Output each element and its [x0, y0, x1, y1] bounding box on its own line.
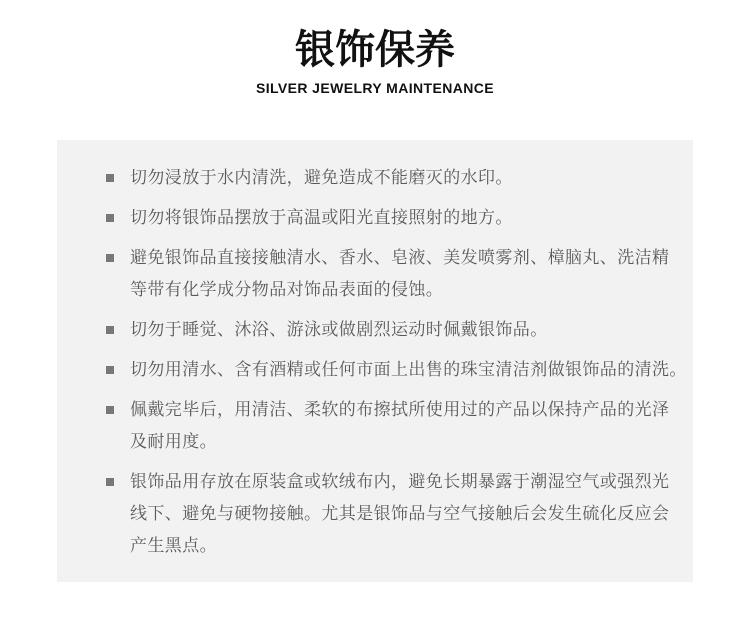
list-item: 佩戴完毕后，用清洁、柔软的布擦拭所使用过的产品以保持产品的光泽及耐用度。	[106, 394, 665, 458]
list-item-line: 及耐用度。	[130, 426, 669, 458]
square-bullet-icon	[106, 478, 114, 486]
list-item-line: 产生黑点。	[130, 530, 669, 562]
list-item-text: 避免银饰品直接接触清水、香水、皂液、美发喷雾剂、樟脑丸、洗洁精等带有化学成分物品…	[130, 242, 669, 306]
page: { "header": { "title": "银饰保养", "subtitle…	[0, 0, 750, 628]
square-bullet-icon	[106, 214, 114, 222]
maintenance-tips-panel: 切勿浸放于水内清洗，避免造成不能磨灭的水印。 切勿将银饰品摆放于高温或阳光直接照…	[57, 140, 693, 582]
square-bullet-icon	[106, 366, 114, 374]
list-item: 切勿将银饰品摆放于高温或阳光直接照射的地方。	[106, 202, 665, 234]
list-item-text: 切勿用清水、含有酒精或任何市面上出售的珠宝清洁剂做银饰品的清洗。	[130, 354, 687, 386]
list-item-text: 切勿将银饰品摆放于高温或阳光直接照射的地方。	[130, 202, 513, 234]
list-item-line: 切勿将银饰品摆放于高温或阳光直接照射的地方。	[130, 202, 513, 234]
square-bullet-icon	[106, 174, 114, 182]
list-item: 银饰品用存放在原装盒或软绒布内，避免长期暴露于潮湿空气或强烈光线下、避免与硬物接…	[106, 466, 665, 562]
list-item-text: 佩戴完毕后，用清洁、柔软的布擦拭所使用过的产品以保持产品的光泽及耐用度。	[130, 394, 669, 458]
page-subtitle: SILVER JEWELRY MAINTENANCE	[0, 80, 750, 96]
square-bullet-icon	[106, 254, 114, 262]
square-bullet-icon	[106, 326, 114, 334]
list-item-text: 银饰品用存放在原装盒或软绒布内，避免长期暴露于潮湿空气或强烈光线下、避免与硬物接…	[130, 466, 669, 562]
list-item: 切勿于睡觉、沐浴、游泳或做剧烈运动时佩戴银饰品。	[106, 314, 665, 346]
header: 银饰保养 SILVER JEWELRY MAINTENANCE	[0, 0, 750, 96]
list-item-line: 切勿用清水、含有酒精或任何市面上出售的珠宝清洁剂做银饰品的清洗。	[130, 354, 687, 386]
list-item: 切勿浸放于水内清洗，避免造成不能磨灭的水印。	[106, 162, 665, 194]
list-item-line: 银饰品用存放在原装盒或软绒布内，避免长期暴露于潮湿空气或强烈光	[130, 466, 669, 498]
list-item: 避免银饰品直接接触清水、香水、皂液、美发喷雾剂、樟脑丸、洗洁精等带有化学成分物品…	[106, 242, 665, 306]
list-item-text: 切勿浸放于水内清洗，避免造成不能磨灭的水印。	[130, 162, 513, 194]
page-title: 银饰保养	[0, 30, 750, 70]
list-item-line: 佩戴完毕后，用清洁、柔软的布擦拭所使用过的产品以保持产品的光泽	[130, 394, 669, 426]
list-item-line: 切勿浸放于水内清洗，避免造成不能磨灭的水印。	[130, 162, 513, 194]
list-item-line: 避免银饰品直接接触清水、香水、皂液、美发喷雾剂、樟脑丸、洗洁精	[130, 242, 669, 274]
list-item-line: 等带有化学成分物品对饰品表面的侵蚀。	[130, 274, 669, 306]
list-item: 切勿用清水、含有酒精或任何市面上出售的珠宝清洁剂做银饰品的清洗。	[106, 354, 665, 386]
square-bullet-icon	[106, 406, 114, 414]
list-item-line: 切勿于睡觉、沐浴、游泳或做剧烈运动时佩戴银饰品。	[130, 314, 548, 346]
list-item-line: 线下、避免与硬物接触。尤其是银饰品与空气接触后会发生硫化反应会	[130, 498, 669, 530]
list-item-text: 切勿于睡觉、沐浴、游泳或做剧烈运动时佩戴银饰品。	[130, 314, 548, 346]
